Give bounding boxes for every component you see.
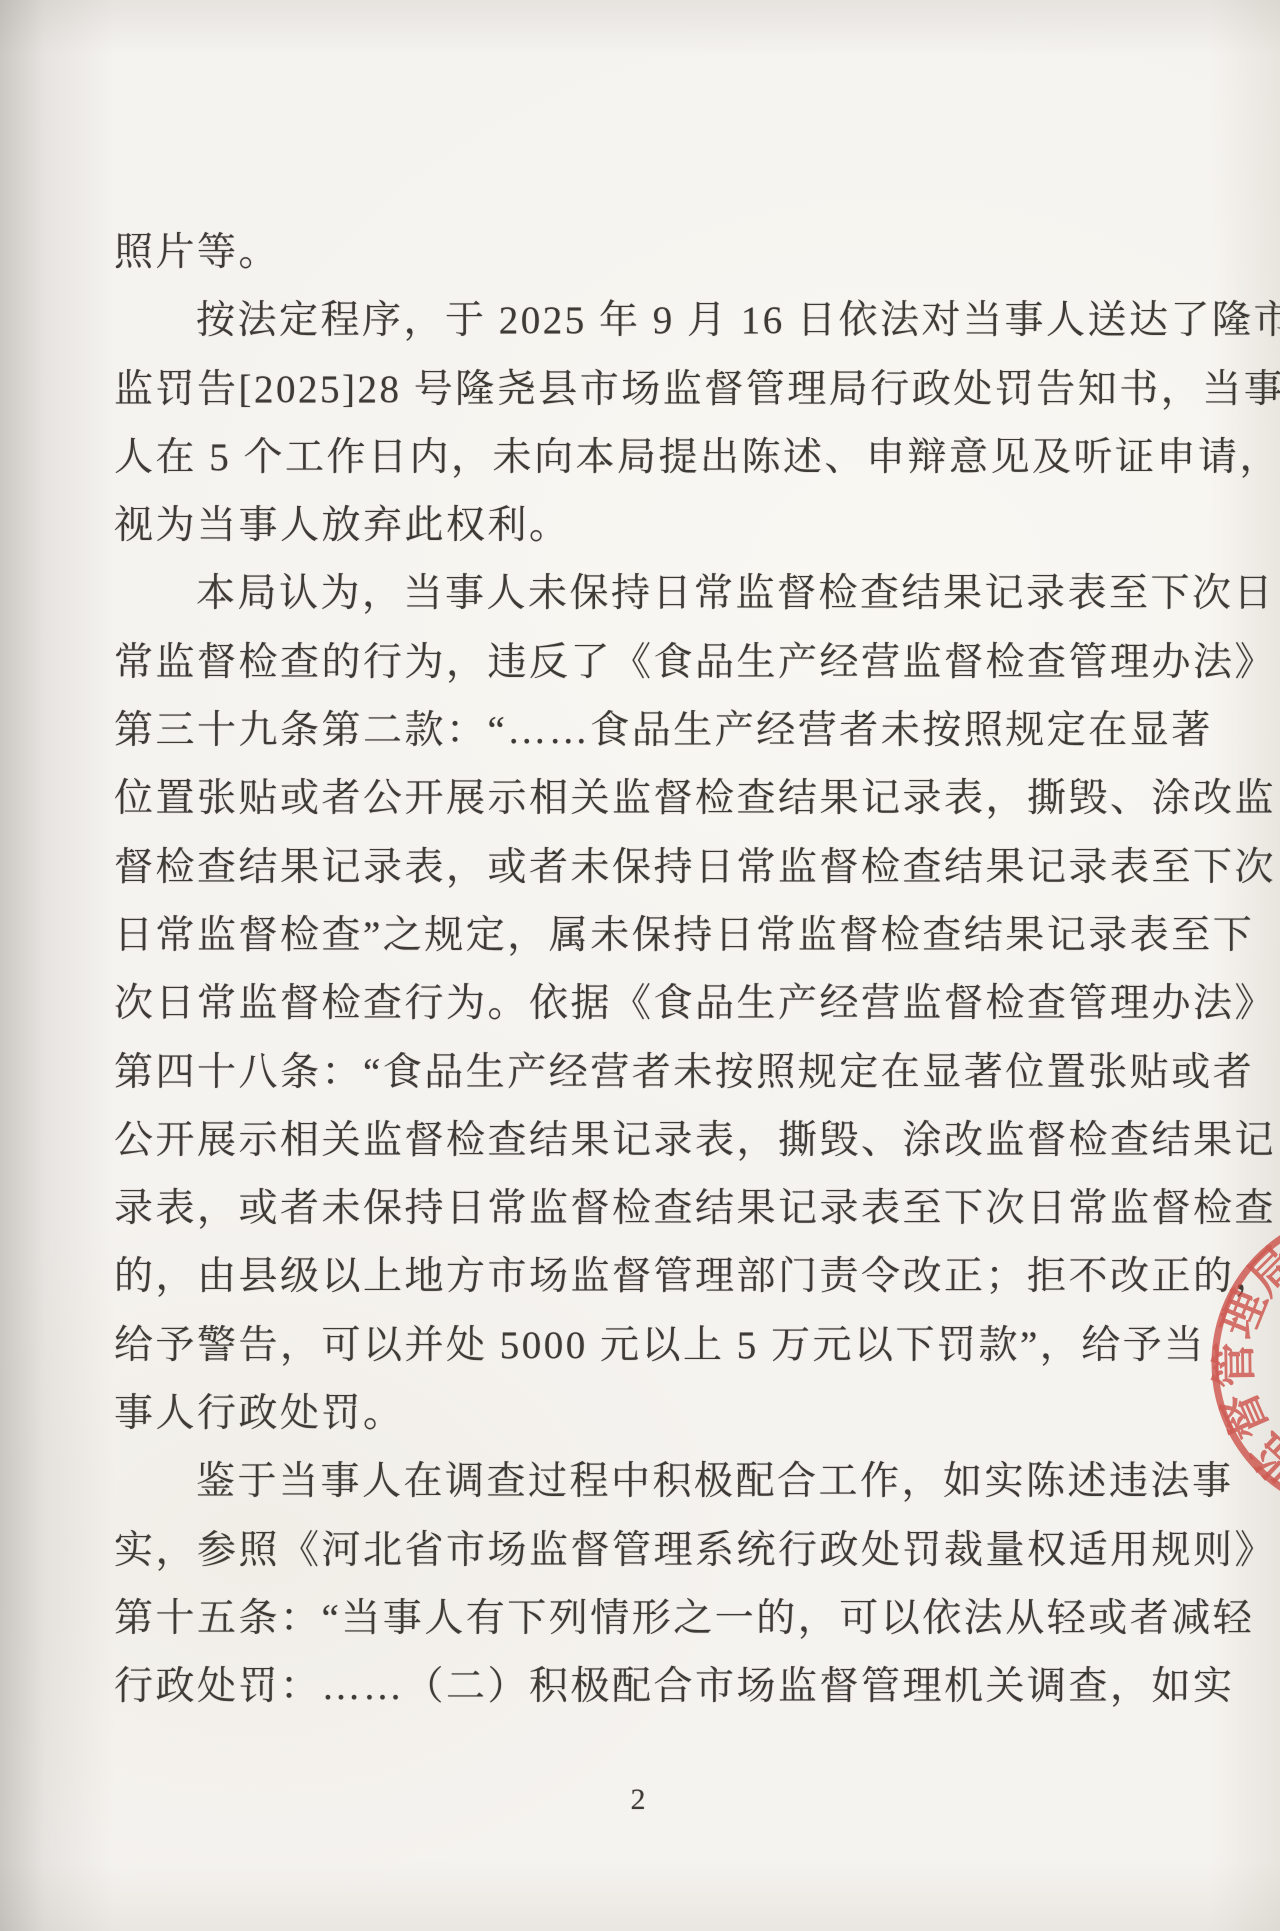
text-line: 第十五条：“当事人有下列情形之一的，可以依法从轻或者减轻 [114,1585,1118,1653]
text-line: 本局认为，当事人未保持日常监督检查结果记录表至下次日 [114,560,1118,628]
page-number: 2 [578,1783,698,1817]
text-line: 常监督检查的行为，违反了《食品生产经营监督检查管理办法》 [114,629,1118,697]
text-line: 第三十九条第二款：“……食品生产经营者未按照规定在显著 [114,697,1118,765]
svg-text:市场监督管理局: 市场监督管理局 [1195,1223,1280,1533]
text-line: 日常监督检查”之规定，属未保持日常监督检查结果记录表至下 [114,902,1118,970]
text-line: 督检查结果记录表，或者未保持日常监督检查结果记录表至下次 [114,834,1118,902]
text-line: 位置张贴或者公开展示相关监督检查结果记录表，撕毁、涂改监 [114,765,1118,833]
text-line: 录表，或者未保持日常监督检查结果记录表至下次日常监督检查 [114,1175,1118,1243]
official-seal-stamp: 市场监督管理局 [1195,1193,1280,1533]
text-line: 给予警告，可以并处 5000 元以上 5 万元以下罚款”，给予当 [114,1312,1118,1380]
text-line: 事人行政处罚。 [114,1380,1118,1448]
text-line: 监罚告[2025]28 号隆尧县市场监督管理局行政处罚告知书，当事 [114,356,1118,424]
text-line: 鉴于当事人在调查过程中积极配合工作，如实陈述违法事 [114,1448,1118,1516]
text-line: 实，参照《河北省市场监督管理系统行政处罚裁量权适用规则》 [114,1517,1118,1585]
text-line: 第四十八条：“食品生产经营者未按照规定在显著位置张贴或者 [114,1039,1118,1107]
document-text: 照片等。按法定程序，于 2025 年 9 月 16 日依法对当事人送达了隆市监罚… [114,219,1118,1722]
text-line: 的，由县级以上地方市场监督管理部门责令改正；拒不改正的， [114,1243,1118,1311]
text-line: 视为当事人放弃此权利。 [114,492,1118,560]
text-line: 照片等。 [114,219,1118,287]
text-line: 按法定程序，于 2025 年 9 月 16 日依法对当事人送达了隆市 [114,287,1118,355]
document-page: 照片等。按法定程序，于 2025 年 9 月 16 日依法对当事人送达了隆市监罚… [0,0,1280,1931]
seal-arc-text: 市场监督管理局 [1195,1223,1280,1533]
text-line: 人在 5 个工作日内，未向本局提出陈述、申辩意见及听证申请， [114,424,1118,492]
text-line: 次日常监督检查行为。依据《食品生产经营监督检查管理办法》 [114,970,1118,1038]
text-line: 行政处罚：……（二）积极配合市场监督管理机关调查，如实 [114,1653,1118,1721]
text-line: 公开展示相关监督检查结果记录表，撕毁、涂改监督检查结果记 [114,1107,1118,1175]
